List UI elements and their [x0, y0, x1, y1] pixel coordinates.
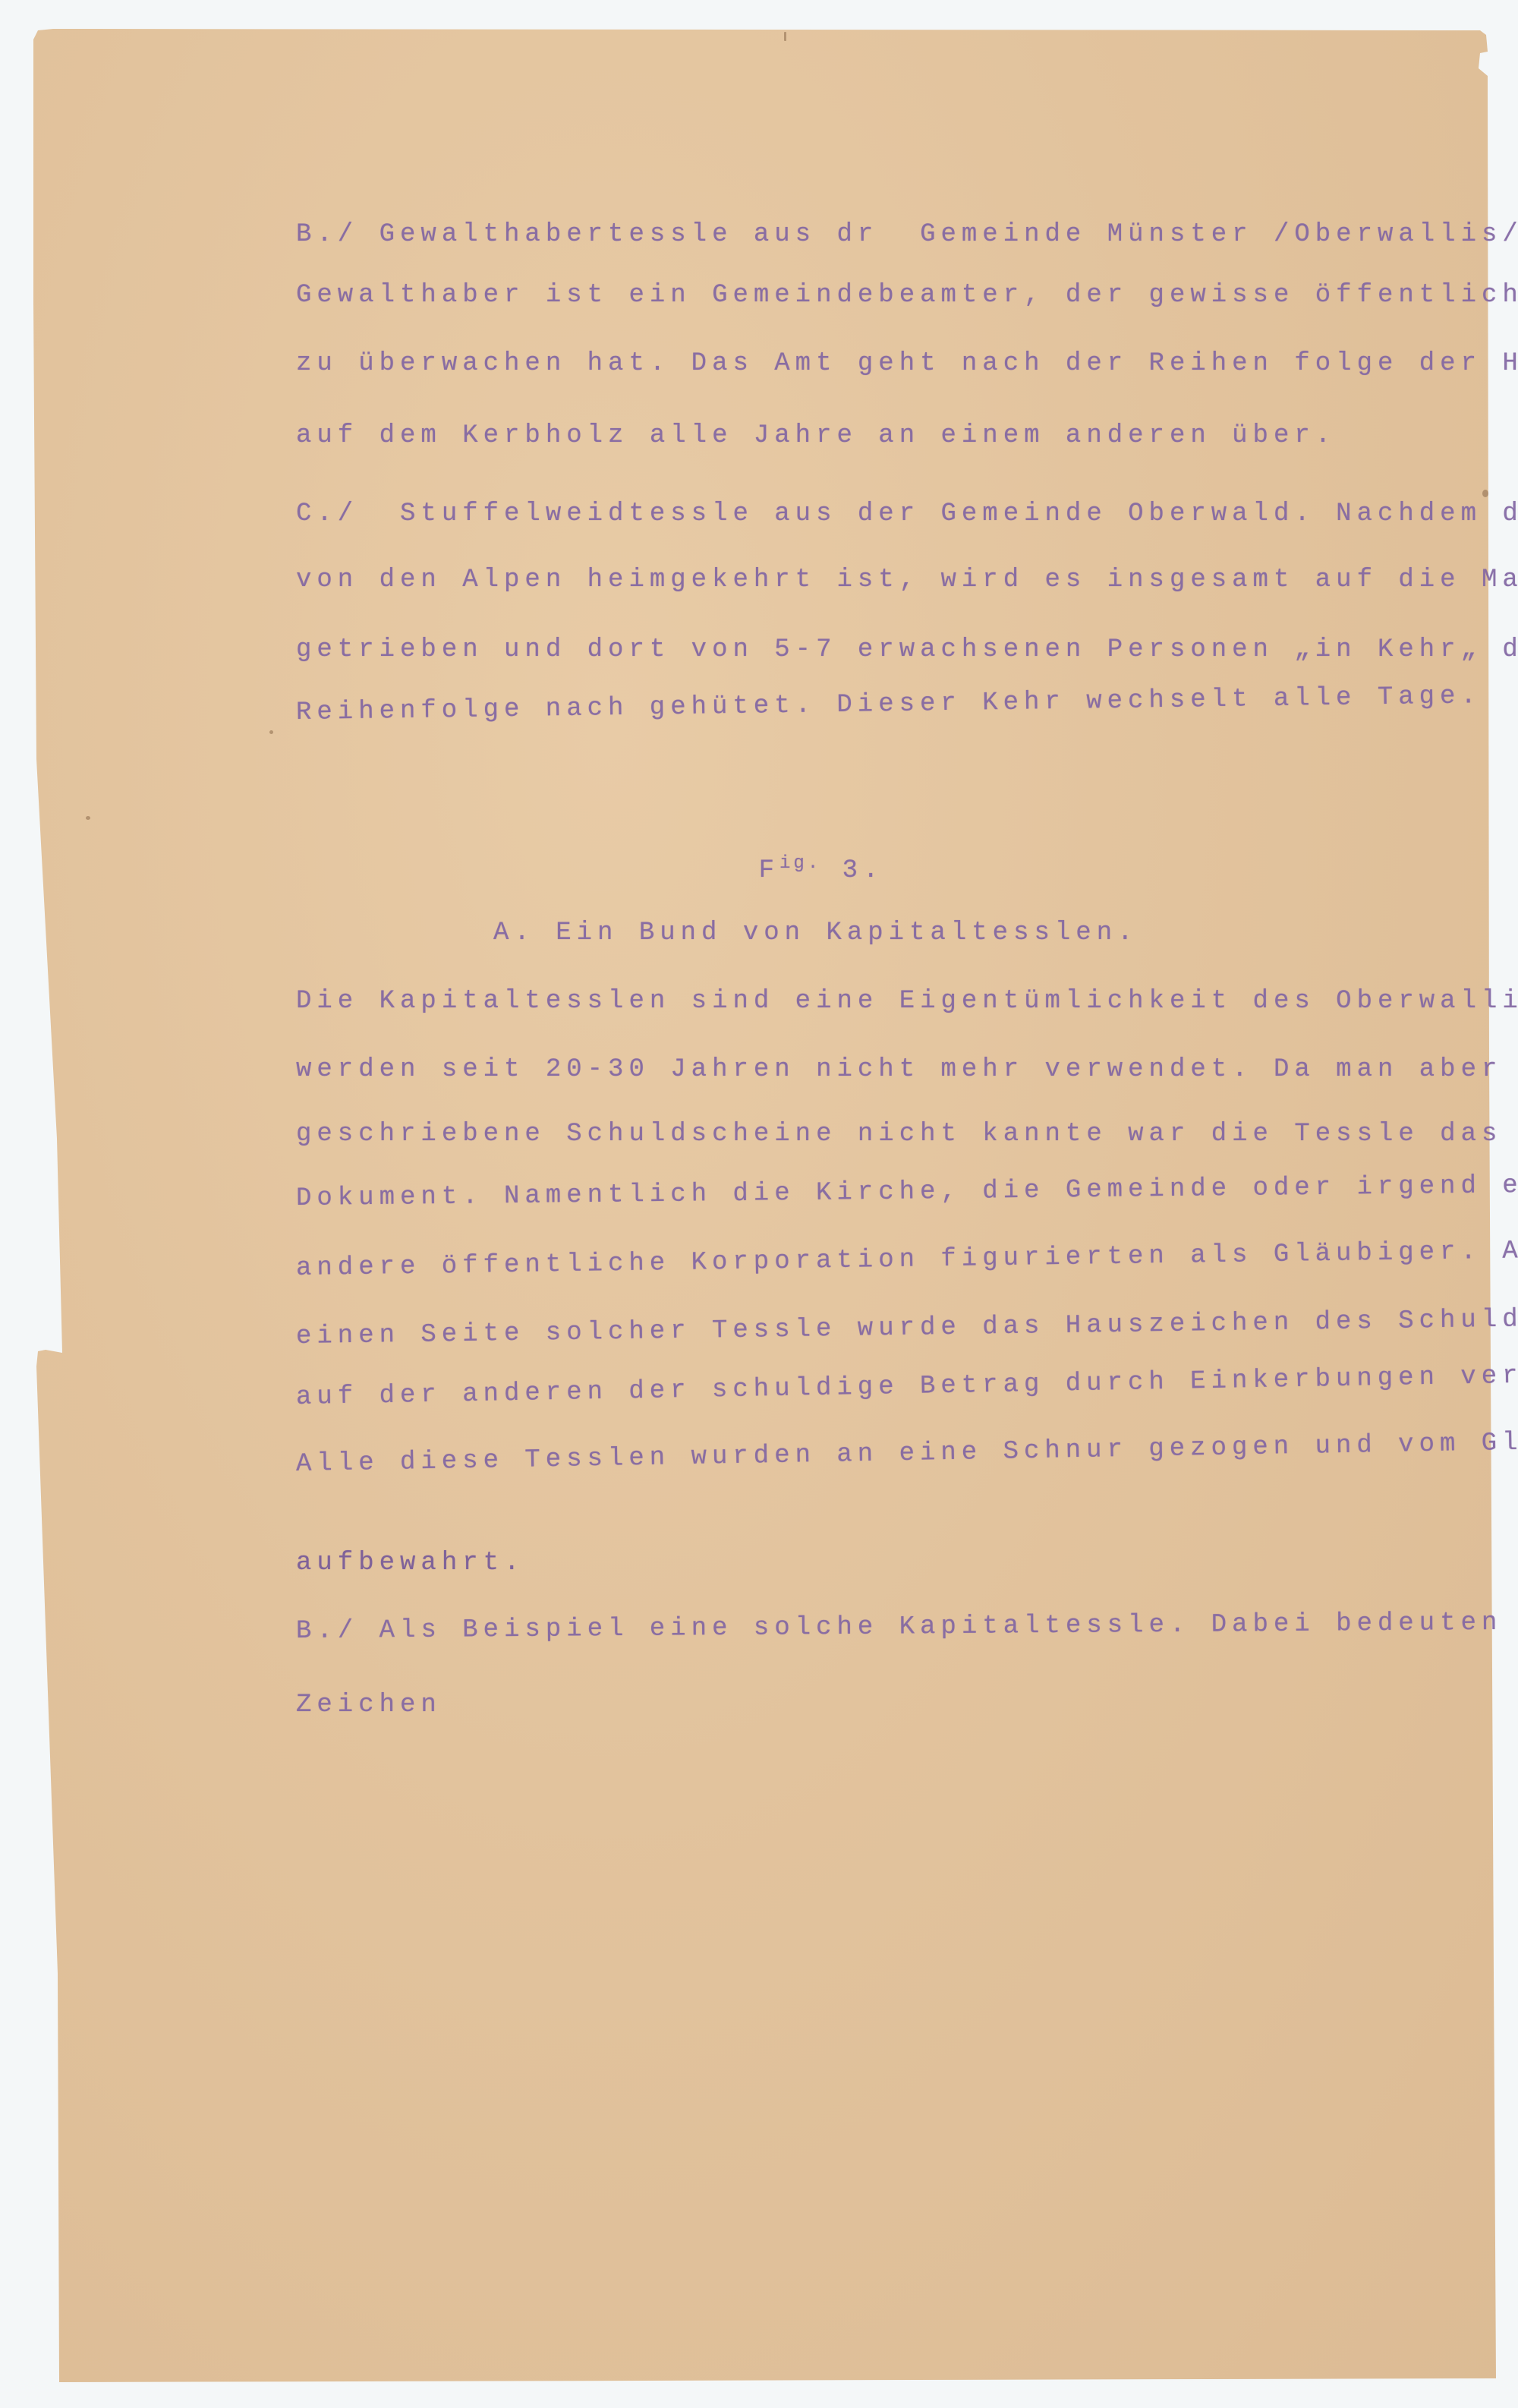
section-b-line-2: Zeichen: [296, 1691, 442, 1719]
section-a-line-9: aufbewahrt.: [296, 1549, 524, 1577]
section-a-line-1: Die Kapitaltesslen sind eine Eigentümlic…: [296, 987, 1518, 1016]
scanned-page: B./ Gewalthabertessle aus dr Gemeinde Mü…: [0, 0, 1518, 2408]
section-a-title: A. Ein Bund von Kapitaltesslen.: [493, 919, 1138, 947]
paragraph-c-line-2: von den Alpen heimgekehrt ist, wird es i…: [296, 566, 1518, 594]
figure-heading: Fig. 3.: [676, 827, 883, 914]
paragraph-b-line-1: B./ Gewalthabertessle aus dr Gemeinde Mü…: [296, 220, 1518, 249]
paragraph-b-line-3: zu überwachen hat. Das Amt geht nach der…: [296, 349, 1518, 378]
paragraph-b-line-4: auf dem Kerbholz alle Jahre an einem and…: [296, 421, 1336, 450]
paragraph-c-line-3: getrieben und dort von 5-7 erwachsenen P…: [296, 635, 1518, 664]
section-a-line-3: geschriebene Schuldscheine nicht kannte …: [296, 1120, 1518, 1149]
paper-speck: [86, 816, 90, 820]
paper-speck: [784, 32, 786, 41]
figure-heading-superscript: ig.: [779, 853, 821, 874]
section-a-line-2: werden seit 20-30 Jahren nicht mehr verw…: [296, 1055, 1518, 1084]
paragraph-c-line-1: C./ Stuffelweidtessle aus der Gemeinde O…: [296, 500, 1518, 528]
figure-heading-prefix: F: [759, 856, 779, 885]
figure-heading-number: 3.: [821, 856, 883, 885]
paper-speck: [1482, 490, 1488, 497]
paper-speck: [269, 730, 273, 734]
paragraph-b-line-2: Gewalthaber ist ein Gemeindebeamter, der…: [296, 281, 1518, 310]
